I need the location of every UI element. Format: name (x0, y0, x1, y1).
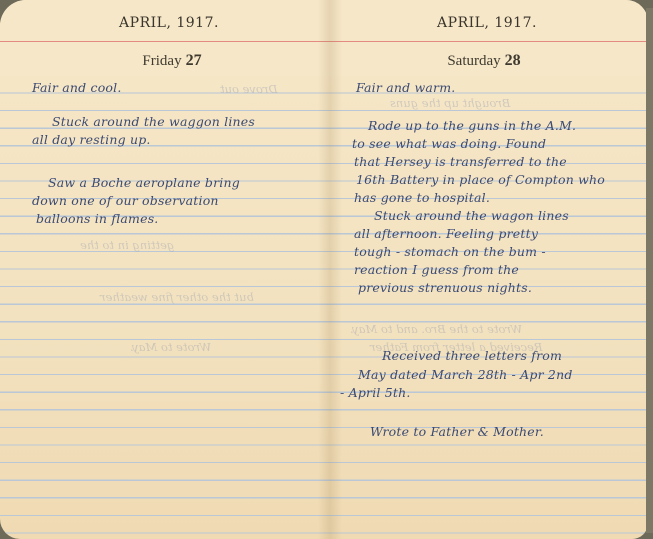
diary-entry-line: Fair and warm. (356, 80, 455, 95)
diary-entry-line: Rode up to the guns in the A.M. (368, 118, 576, 133)
diary-entry-line: May dated March 28th - Apr 2nd (358, 367, 573, 382)
red-header-rule (330, 41, 648, 42)
day-number: 27 (186, 52, 202, 69)
diary-entry-line: balloons in flames. (36, 211, 158, 226)
diary-entry-line: that Hersey is transferred to the (354, 154, 567, 169)
bleed-through-text: but the other fine weather (100, 290, 254, 304)
day-name: Friday (142, 53, 181, 69)
diary-entry-line: Received three letters from (382, 348, 562, 363)
month-year-header: APRIL, 1917. (330, 15, 648, 31)
day-label: Saturday28 (330, 52, 648, 70)
diary-entry-line: down one of our observation (32, 193, 219, 208)
diary-entry-line: 16th Battery in place of Compton who (356, 172, 605, 187)
diary-entry-line: tough - stomach on the bum - (354, 244, 546, 259)
diary-entry-line: previous strenuous nights. (358, 280, 532, 295)
diary-entry-line: Fair and cool. (32, 80, 122, 95)
right-page: APRIL, 1917. Saturday28 Brought up the g… (330, 0, 648, 539)
bleed-through-text: Drove out (220, 82, 278, 96)
page-edge (646, 8, 653, 533)
bleed-through-text: Wrote to May. (130, 340, 211, 354)
red-header-rule (0, 41, 330, 42)
day-number: 28 (505, 52, 521, 69)
day-label: Friday27 (0, 52, 330, 70)
diary-entry-line: to see what was doing. Found (352, 136, 546, 151)
month-year-header: APRIL, 1917. (0, 15, 330, 31)
diary-entry-line: Stuck around the wagon lines (374, 208, 569, 223)
diary-entry-line: Saw a Boche aeroplane bring (48, 175, 240, 190)
bleed-through-text: Wrote to the Bro. and to May. (350, 322, 522, 336)
diary-entry-line: Stuck around the waggon lines (52, 114, 255, 129)
bleed-through-text: Brought up the guns (390, 96, 510, 110)
diary-entry-line: all afternoon. Feeling pretty (354, 226, 538, 241)
diary-entry-line: - April 5th. (340, 385, 411, 400)
left-page: APRIL, 1917. Friday27 Drove out getting … (0, 0, 330, 539)
book-gutter (318, 0, 342, 539)
diary-entry-line: reaction I guess from the (354, 262, 519, 277)
bleed-through-text: getting in to the (80, 238, 174, 252)
diary-entry-line: has gone to hospital. (354, 190, 490, 205)
day-name: Saturday (447, 53, 500, 69)
diary-entry-line: all day resting up. (32, 132, 151, 147)
diary-entry-line: Wrote to Father & Mother. (370, 424, 544, 439)
diary-spread: APRIL, 1917. Friday27 Drove out getting … (0, 0, 653, 539)
